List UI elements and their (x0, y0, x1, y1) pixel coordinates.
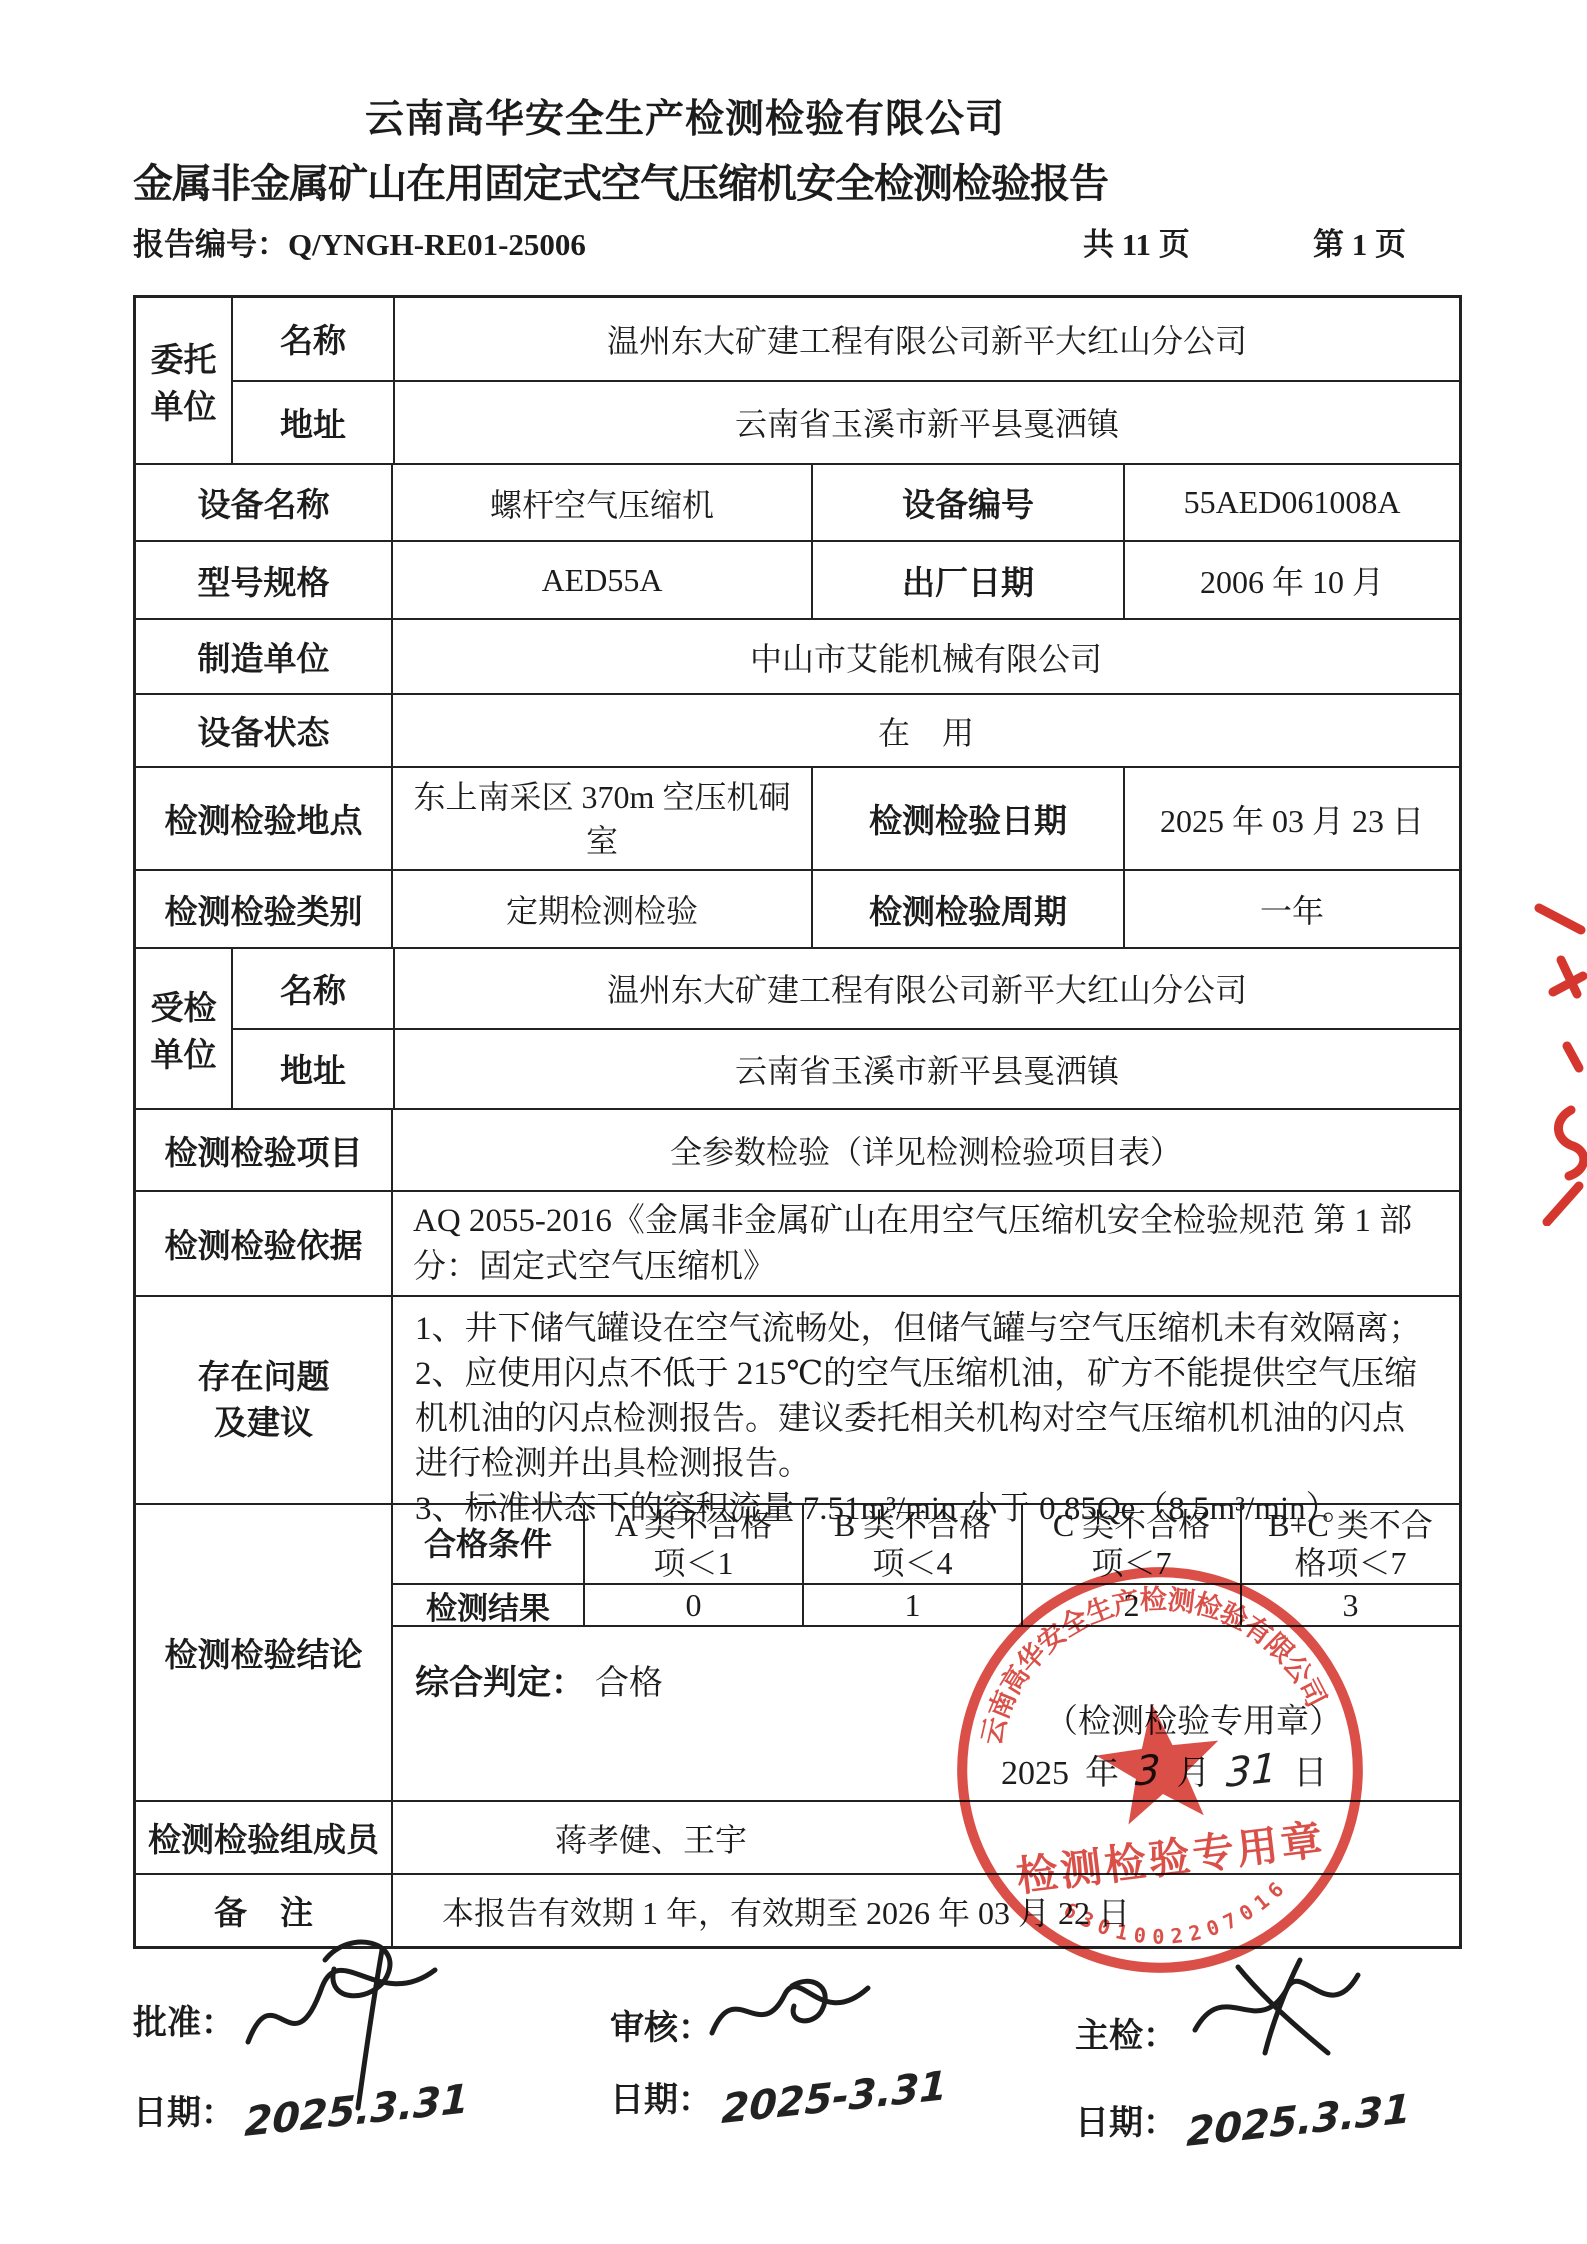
model-label: 型号规格 (136, 542, 391, 618)
report-title: 金属非金属矿山在用固定式空气压缩机安全检测检验报告 (133, 152, 1061, 209)
status-label: 设备状态 (136, 695, 391, 766)
inspected-address-label: 地址 (233, 1030, 393, 1109)
review-label: 审核： (610, 2000, 712, 2049)
type-value: 定期检测检验 (391, 871, 811, 947)
row-maker: 制造单位 中山市艾能机械有限公司 (136, 618, 1459, 693)
company-seal: 云南高华安全生产检测检验有限公司 检测检验专用章 6301002207016 (913, 1523, 1408, 2018)
issuing-company-name: 云南高华安全生产检测检验有限公司 (133, 88, 1237, 144)
cycle-value: 一年 (1123, 871, 1459, 947)
client-address-label: 地址 (233, 382, 393, 464)
client-group-label: 委托单位 (136, 298, 231, 463)
review-date-handwritten: 2025-3.31 (721, 2063, 948, 2133)
model-value: AED55A (391, 542, 811, 618)
conclusion-label: 检测检验结论 (136, 1505, 391, 1800)
type-label: 检测检验类别 (136, 871, 391, 947)
report-header: 云南高华安全生产检测检验有限公司 金属非金属矿山在用固定式空气压缩机安全检测检验… (133, 88, 1463, 265)
scanned-report-page: { "colors": {"stamp_red": "#d5372f", "in… (0, 0, 1587, 2244)
row-client-name: 名称 温州东大矿建工程有限公司新平大红山分公司 (233, 298, 1459, 380)
row-problems: 存在问题 及建议 1、井下储气罐设在空气流畅处，但储气罐与空气压缩机未有效隔离；… (136, 1295, 1459, 1503)
inspected-name-value: 温州东大矿建工程有限公司新平大红山分公司 (393, 949, 1459, 1028)
items-value: 全参数检验（详见检测检验项目表） (391, 1110, 1459, 1190)
device-name-value: 螺杆空气压缩机 (391, 465, 811, 540)
inspected-group-label: 受检单位 (136, 949, 231, 1108)
row-items: 检测检验项目 全参数检验（详见检测检验项目表） (136, 1108, 1459, 1190)
row-place: 检测检验地点 东上南采区 370m 空压机硐室 检测检验日期 2025 年 03… (136, 766, 1459, 869)
row-inspected-address: 地址 云南省玉溪市新平县戛洒镇 (233, 1028, 1459, 1109)
device-name-label: 设备名称 (136, 465, 391, 540)
row-client-address: 地址 云南省玉溪市新平县戛洒镇 (233, 380, 1459, 464)
report-number: Q/YNGH-RE01-25006 (288, 227, 586, 263)
maker-label: 制造单位 (136, 620, 391, 693)
page-current: 第 1 页 (1313, 219, 1406, 264)
mfg-date-value: 2006 年 10 月 (1123, 542, 1459, 618)
status-value: 在 用 (391, 695, 1459, 766)
seal-star-icon (1091, 1696, 1227, 1827)
result-a: 0 (583, 1585, 802, 1625)
red-margin-marks (1533, 896, 1587, 1226)
approve-label: 批准： (133, 1995, 235, 2044)
place-value: 东上南采区 370m 空压机硐室 (391, 768, 811, 869)
mfg-date-label: 出厂日期 (811, 542, 1123, 618)
members-label: 检测检验组成员 (136, 1802, 391, 1873)
cycle-label: 检测检验周期 (811, 871, 1123, 947)
inspected-address-value: 云南省玉溪市新平县戛洒镇 (393, 1030, 1459, 1109)
report-number-label: 报告编号： (133, 219, 288, 264)
report-number-line: 报告编号：Q/YNGH-RE01-25006 共 11 页 第 1 页 (133, 219, 1463, 265)
inspected-name-label: 名称 (233, 949, 393, 1028)
row-inspected-name: 名称 温州东大矿建工程有限公司新平大红山分公司 (233, 949, 1459, 1028)
review-date-line: 日期： 2025-3.31 (610, 2072, 948, 2121)
row-client: 委托单位 名称 温州东大矿建工程有限公司新平大红山分公司 地址 云南省玉溪市新平… (136, 298, 1459, 463)
review-signature (700, 1958, 880, 2058)
condition-a: A 类不合格项＜1 (583, 1505, 802, 1583)
row-basis: 检测检验依据 AQ 2055-2016《金属非金属矿山在用空气压缩机安全检验规范… (136, 1190, 1459, 1295)
row-status: 设备状态 在 用 (136, 693, 1459, 766)
pages-total: 共 11 页 (1083, 219, 1190, 264)
basis-value: AQ 2055-2016《金属非金属矿山在用空气压缩机安全检验规范 第 1 部分… (391, 1192, 1459, 1295)
maker-value: 中山市艾能机械有限公司 (391, 620, 1459, 693)
problem-item: 2、应使用闪点不低于 215℃的空气压缩机油，矿方不能提供空气压缩机机油的闪点检… (415, 1352, 1437, 1487)
client-name-value: 温州东大矿建工程有限公司新平大红山分公司 (393, 298, 1459, 380)
device-number-value: 55AED061008A (1123, 465, 1459, 540)
problem-item: 1、井下储气罐设在空气流畅处，但储气罐与空气压缩机未有效隔离； (415, 1307, 1422, 1352)
row-model: 型号规格 AED55A 出厂日期 2006 年 10 月 (136, 540, 1459, 618)
seal-graphic: 云南高华安全生产检测检验有限公司 检测检验专用章 6301002207016 (913, 1523, 1408, 2018)
inspection-date-value: 2025 年 03 月 23 日 (1123, 768, 1459, 869)
place-label: 检测检验地点 (136, 768, 391, 869)
seal-company-text: 云南高华安全生产检测检验有限公司 (959, 1563, 1333, 1752)
chief-label: 主检： (1075, 2008, 1177, 2057)
client-name-label: 名称 (233, 298, 393, 380)
chief-date-line: 日期： 2025.3.31 (1075, 2095, 1412, 2144)
items-label: 检测检验项目 (136, 1110, 391, 1190)
approve-signature (230, 1912, 465, 2112)
svg-text:云南高华安全生产检测检验有限公司: 云南高华安全生产检测检验有限公司 (959, 1563, 1333, 1752)
basis-label: 检测检验依据 (136, 1192, 391, 1295)
row-type: 检测检验类别 定期检测检验 检测检验周期 一年 (136, 869, 1459, 947)
row-inspected: 受检单位 名称 温州东大矿建工程有限公司新平大红山分公司 地址 云南省玉溪市新平… (136, 947, 1459, 1108)
row-device-name: 设备名称 螺杆空气压缩机 设备编号 55AED061008A (136, 463, 1459, 540)
problems-body: 1、井下储气罐设在空气流畅处，但储气罐与空气压缩机未有效隔离； 2、应使用闪点不… (391, 1297, 1459, 1503)
problems-label: 存在问题 及建议 (136, 1297, 391, 1503)
verdict: 综合判定：合格 (415, 1655, 663, 1704)
device-number-label: 设备编号 (811, 465, 1123, 540)
client-address-value: 云南省玉溪市新平县戛洒镇 (393, 382, 1459, 464)
chief-date-handwritten: 2025.3.31 (1186, 2086, 1412, 2156)
result-label: 检测结果 (393, 1585, 583, 1625)
condition-label: 合格条件 (393, 1505, 583, 1583)
inspection-date-label: 检测检验日期 (811, 768, 1123, 869)
